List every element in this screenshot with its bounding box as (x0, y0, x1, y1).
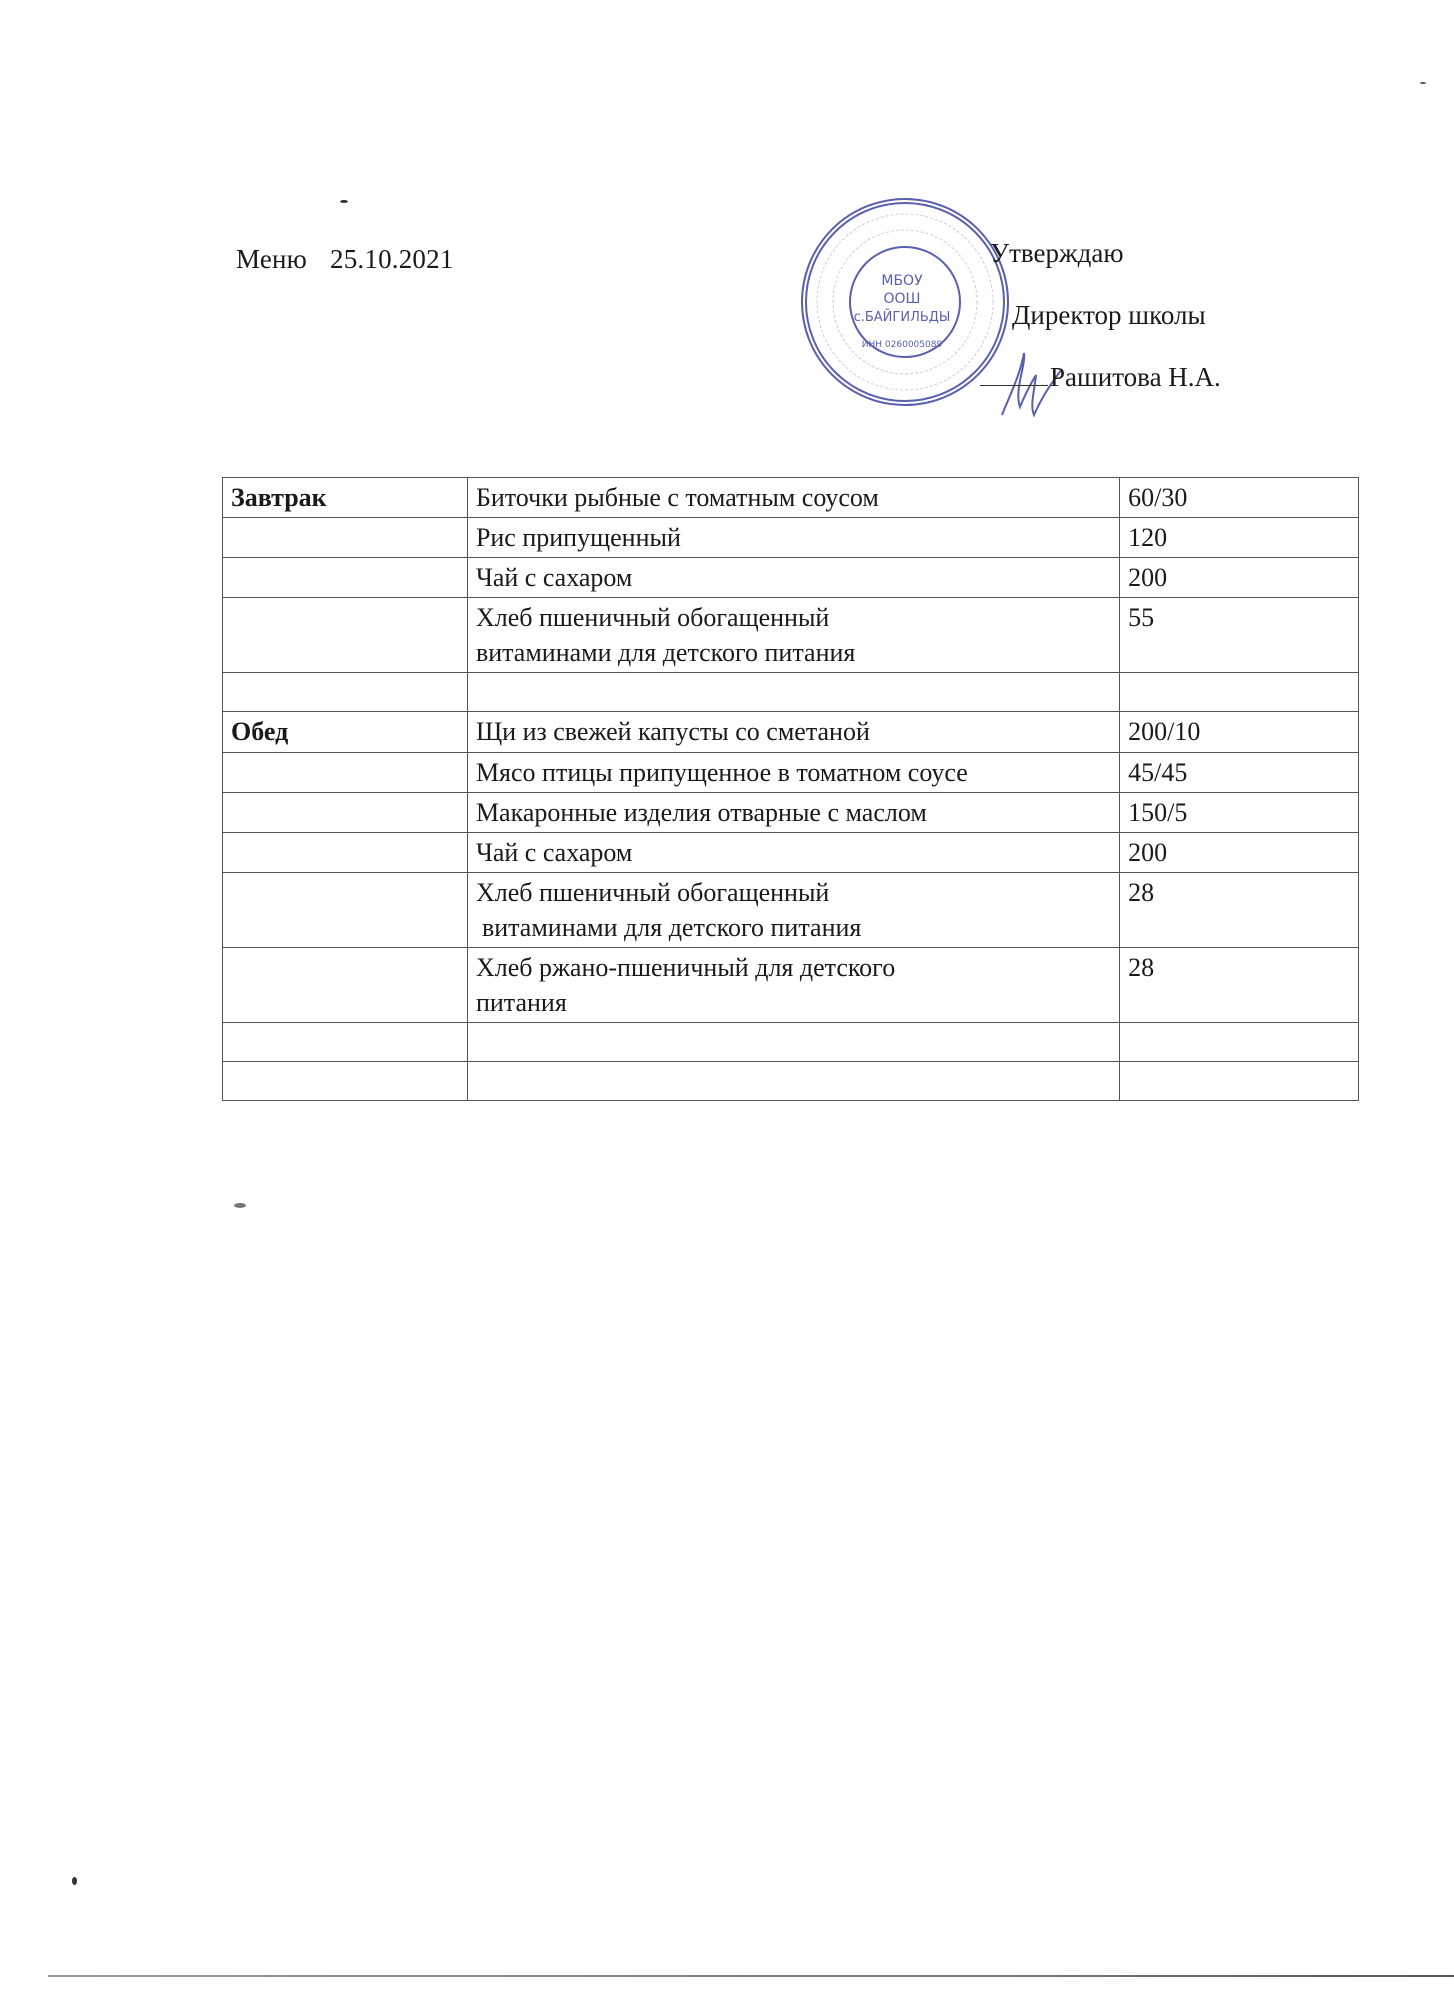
dish-line: витаминами для детского питания (476, 910, 1111, 945)
table-row: Обед Щи из свежей капусты со сметаной 20… (223, 712, 1359, 752)
approval-line: Утверждаю (990, 238, 1124, 269)
meal-label-lunch: Обед (223, 712, 468, 752)
dish-cell: Хлеб пшеничный обогащенный витаминами дл… (467, 598, 1119, 673)
table-row: Завтрак Биточки рыбные с томатным соусом… (223, 478, 1359, 518)
dish-line: Хлеб пшеничный обогащенный (476, 875, 1111, 910)
portion-cell (1120, 1062, 1359, 1101)
menu-title: Меню 25.10.2021 (236, 244, 454, 275)
table-row: Чай с сахаром 200 (223, 558, 1359, 598)
table-row: Хлеб пшеничный обогащенный витаминами дл… (223, 598, 1359, 673)
portion-cell: 120 (1120, 518, 1359, 558)
dish-line: питания (476, 985, 1111, 1020)
portion-cell (1120, 1023, 1359, 1062)
dish-cell: Мясо птицы припущенное в томатном соусе (467, 752, 1119, 792)
stamp-line-2: ООШ (883, 291, 920, 307)
stamp-line-1: МБОУ (881, 273, 923, 289)
approval-position: Директор школы (1012, 300, 1206, 331)
portion-cell: 150/5 (1120, 792, 1359, 832)
table-row: Чай с сахаром 200 (223, 832, 1359, 872)
portion-cell: 200/10 (1120, 712, 1359, 752)
menu-date: 25.10.2021 (330, 244, 454, 274)
meal-cell (223, 948, 468, 1023)
dish-cell (467, 1062, 1119, 1101)
table-row: Рис припущенный 120 (223, 518, 1359, 558)
signature-line (980, 385, 1048, 386)
portion-cell: 55 (1120, 598, 1359, 673)
dish-cell: Рис припущенный (467, 518, 1119, 558)
dish-cell: Чай с сахаром (467, 558, 1119, 598)
meal-cell (223, 598, 468, 673)
meal-cell (223, 1062, 468, 1101)
scan-edge-line (48, 1975, 1454, 1977)
table-row: Хлеб ржано-пшеничный для детского питани… (223, 948, 1359, 1023)
meal-cell (223, 673, 468, 712)
table-row: Мясо птицы припущенное в томатном соусе … (223, 752, 1359, 792)
table-row-empty (223, 1023, 1359, 1062)
portion-cell: 28 (1120, 872, 1359, 947)
dish-cell: Щи из свежей капусты со сметаной (467, 712, 1119, 752)
scan-speck (72, 1877, 77, 1885)
stamp-line-3: с.БАЙГИЛЬДЫ (854, 309, 951, 325)
scan-speck (340, 200, 348, 203)
meal-cell (223, 792, 468, 832)
dish-cell: Хлеб пшеничный обогащенный витаминами дл… (467, 872, 1119, 947)
meal-label-breakfast: Завтрак (223, 478, 468, 518)
table-row: Макаронные изделия отварные с маслом 150… (223, 792, 1359, 832)
dish-cell (467, 1023, 1119, 1062)
dish-line: Хлеб ржано-пшеничный для детского (476, 950, 1111, 985)
portion-cell: 200 (1120, 832, 1359, 872)
dish-cell (467, 673, 1119, 712)
scan-speck (1420, 82, 1426, 84)
portion-cell: 28 (1120, 948, 1359, 1023)
meal-cell (223, 872, 468, 947)
meal-cell (223, 832, 468, 872)
portion-cell: 60/30 (1120, 478, 1359, 518)
meal-cell (223, 518, 468, 558)
dish-cell: Биточки рыбные с томатным соусом (467, 478, 1119, 518)
menu-table: Завтрак Биточки рыбные с томатным соусом… (222, 477, 1359, 1101)
dish-cell: Чай с сахаром (467, 832, 1119, 872)
approval-signatory: Рашитова Н.А. (980, 362, 1221, 393)
meal-cell (223, 752, 468, 792)
dish-line: витаминами для детского питания (476, 635, 1111, 670)
signatory-name: Рашитова Н.А. (1050, 362, 1221, 392)
table-row: Хлеб пшеничный обогащенный витаминами дл… (223, 872, 1359, 947)
meal-cell (223, 558, 468, 598)
table-row-empty (223, 673, 1359, 712)
portion-cell: 200 (1120, 558, 1359, 598)
title-label: Меню (236, 244, 307, 274)
dish-cell: Макаронные изделия отварные с маслом (467, 792, 1119, 832)
table-row-empty (223, 1062, 1359, 1101)
portion-cell: 45/45 (1120, 752, 1359, 792)
portion-cell (1120, 673, 1359, 712)
scan-speck (234, 1203, 246, 1208)
dish-cell: Хлеб ржано-пшеничный для детского питани… (467, 948, 1119, 1023)
dish-line: Хлеб пшеничный обогащенный (476, 600, 1111, 635)
meal-cell (223, 1023, 468, 1062)
stamp-inn: ИНН 0260005089 (862, 340, 943, 350)
